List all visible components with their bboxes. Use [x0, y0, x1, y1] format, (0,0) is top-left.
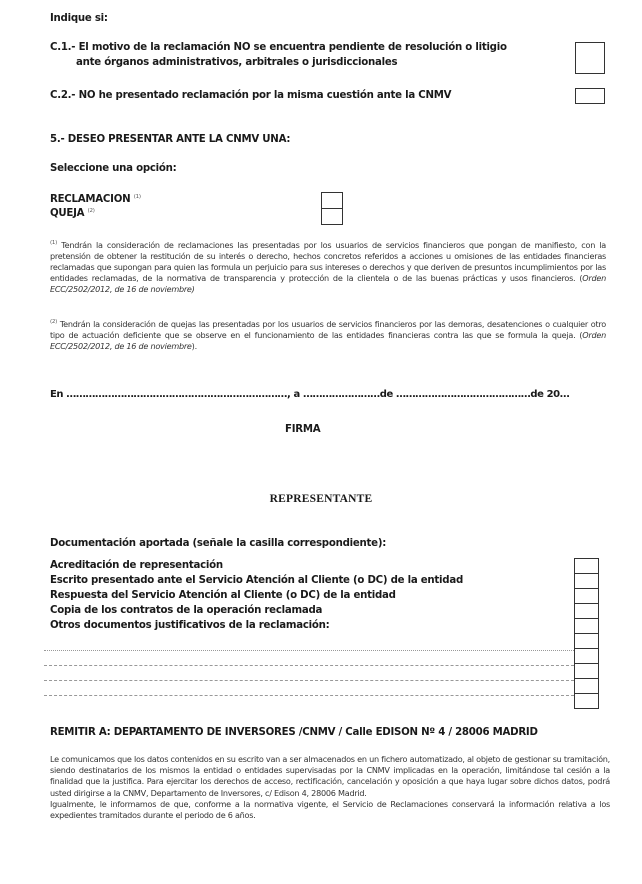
indique-heading: Indique si: — [50, 13, 108, 24]
c2-text: C.2.- NO he presentado reclamación por l… — [50, 90, 451, 101]
documentation-checkbox[interactable] — [574, 633, 599, 649]
c2-checkbox[interactable] — [575, 88, 605, 104]
blank-line-1[interactable] — [44, 650, 574, 651]
option-reclamacion-label: RECLAMACION (1) — [50, 194, 141, 205]
documentation-heading: Documentación aportada (señale la casill… — [50, 538, 386, 549]
documentation-checkbox[interactable] — [574, 618, 599, 634]
place-date-line[interactable]: En ……………………………………………………………, a ……………………de… — [50, 389, 569, 400]
documentation-checkbox[interactable] — [574, 573, 599, 589]
privacy-paragraph-1: Le comunicamos que los datos contenidos … — [50, 754, 610, 799]
documentation-checkbox[interactable] — [574, 588, 599, 604]
queja-checkbox[interactable] — [321, 208, 343, 225]
select-option-prompt: Seleccione una opción: — [50, 163, 177, 174]
footnote-1: (1) Tendrán la consideración de reclamac… — [50, 238, 606, 295]
privacy-paragraph-2: Igualmente, le informamos de que, confor… — [50, 799, 610, 821]
blank-line-3[interactable] — [44, 680, 574, 681]
doc-item-respuesta: Respuesta del Servicio Atención al Clien… — [50, 590, 396, 601]
doc-item-otros: Otros documentos justificativos de la re… — [50, 620, 329, 631]
documentation-checkbox[interactable] — [574, 558, 599, 574]
reclamacion-checkbox[interactable] — [321, 192, 343, 209]
documentation-checkbox[interactable] — [574, 678, 599, 694]
privacy-notice: Le comunicamos que los datos contenidos … — [50, 754, 610, 821]
remitir-address: REMITIR A: DEPARTAMENTO DE INVERSORES /C… — [50, 727, 538, 738]
doc-item-acreditacion: Acreditación de representación — [50, 560, 223, 571]
doc-item-contratos: Copia de los contratos de la operación r… — [50, 605, 322, 616]
footnote-2: (2) Tendrán la consideración de quejas l… — [50, 317, 606, 352]
firma-label: FIRMA — [285, 424, 320, 435]
c1-text-line2: ante órganos administrativos, arbitrales… — [76, 57, 397, 68]
c1-text-line1: C.1.- El motivo de la reclamación NO se … — [50, 42, 507, 53]
documentation-checkbox[interactable] — [574, 663, 599, 679]
doc-item-escrito: Escrito presentado ante el Servicio Aten… — [50, 575, 463, 586]
representante-title: REPRESENTANTE — [0, 493, 642, 505]
c1-checkbox[interactable] — [575, 42, 605, 74]
documentation-checkbox[interactable] — [574, 603, 599, 619]
documentation-checkbox[interactable] — [574, 648, 599, 664]
section5-heading: 5.- DESEO PRESENTAR ANTE LA CNMV UNA: — [50, 134, 290, 145]
blank-line-2[interactable] — [44, 665, 574, 666]
blank-line-4[interactable] — [44, 695, 574, 696]
option-queja-label: QUEJA (2) — [50, 208, 95, 219]
documentation-checkbox[interactable] — [574, 693, 599, 709]
